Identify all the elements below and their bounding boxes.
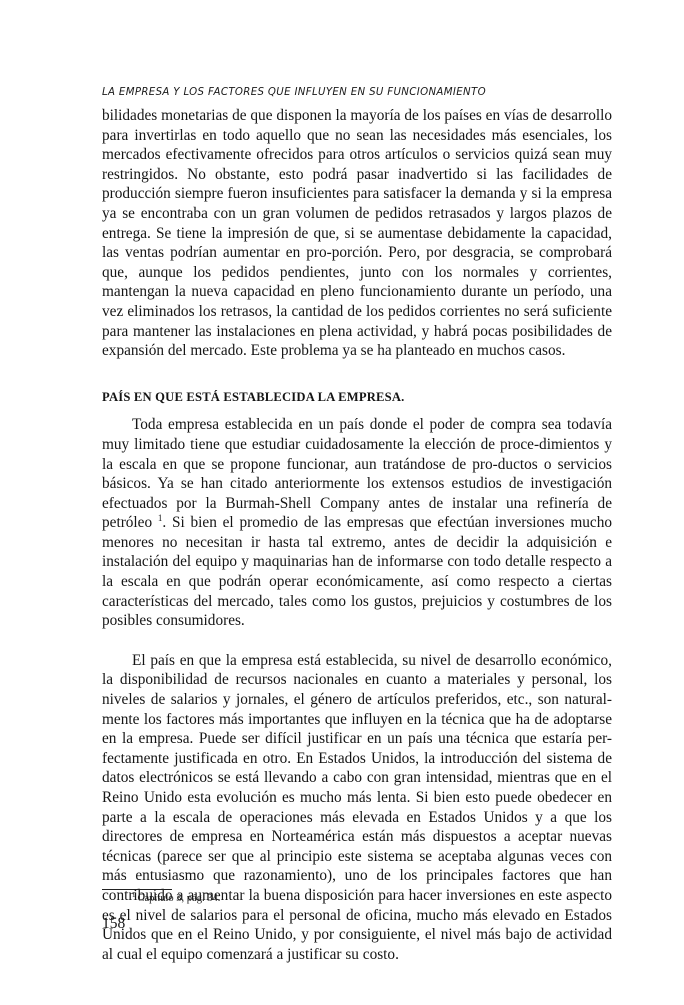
footnote: 1Capítulo 3, pág. 34.: [132, 893, 220, 904]
paragraph-continuation: bilidades monetarias de que disponen la …: [102, 106, 612, 361]
paragraph-pais-text-b: . Si bien el promedio de las empresas qu…: [102, 514, 612, 629]
footnote-text: Capítulo 3, pág. 34.: [138, 893, 221, 904]
body-text: bilidades monetarias de que disponen la …: [102, 106, 612, 964]
footnote-mark: 1: [132, 891, 136, 899]
page-number: 158: [102, 915, 125, 933]
footnote-divider: [102, 889, 172, 890]
section-heading: PAÍS EN QUE ESTÁ ESTABLECIDA LA EMPRESA.: [102, 388, 612, 408]
paragraph-nivel-desarrollo: El país en que la empresa está estableci…: [102, 651, 612, 965]
running-head: LA EMPRESA Y LOS FACTORES QUE INFLUYEN E…: [102, 87, 486, 98]
paragraph-gap: [102, 631, 612, 651]
paragraph-pais: Toda empresa establecida en un país dond…: [102, 415, 612, 631]
